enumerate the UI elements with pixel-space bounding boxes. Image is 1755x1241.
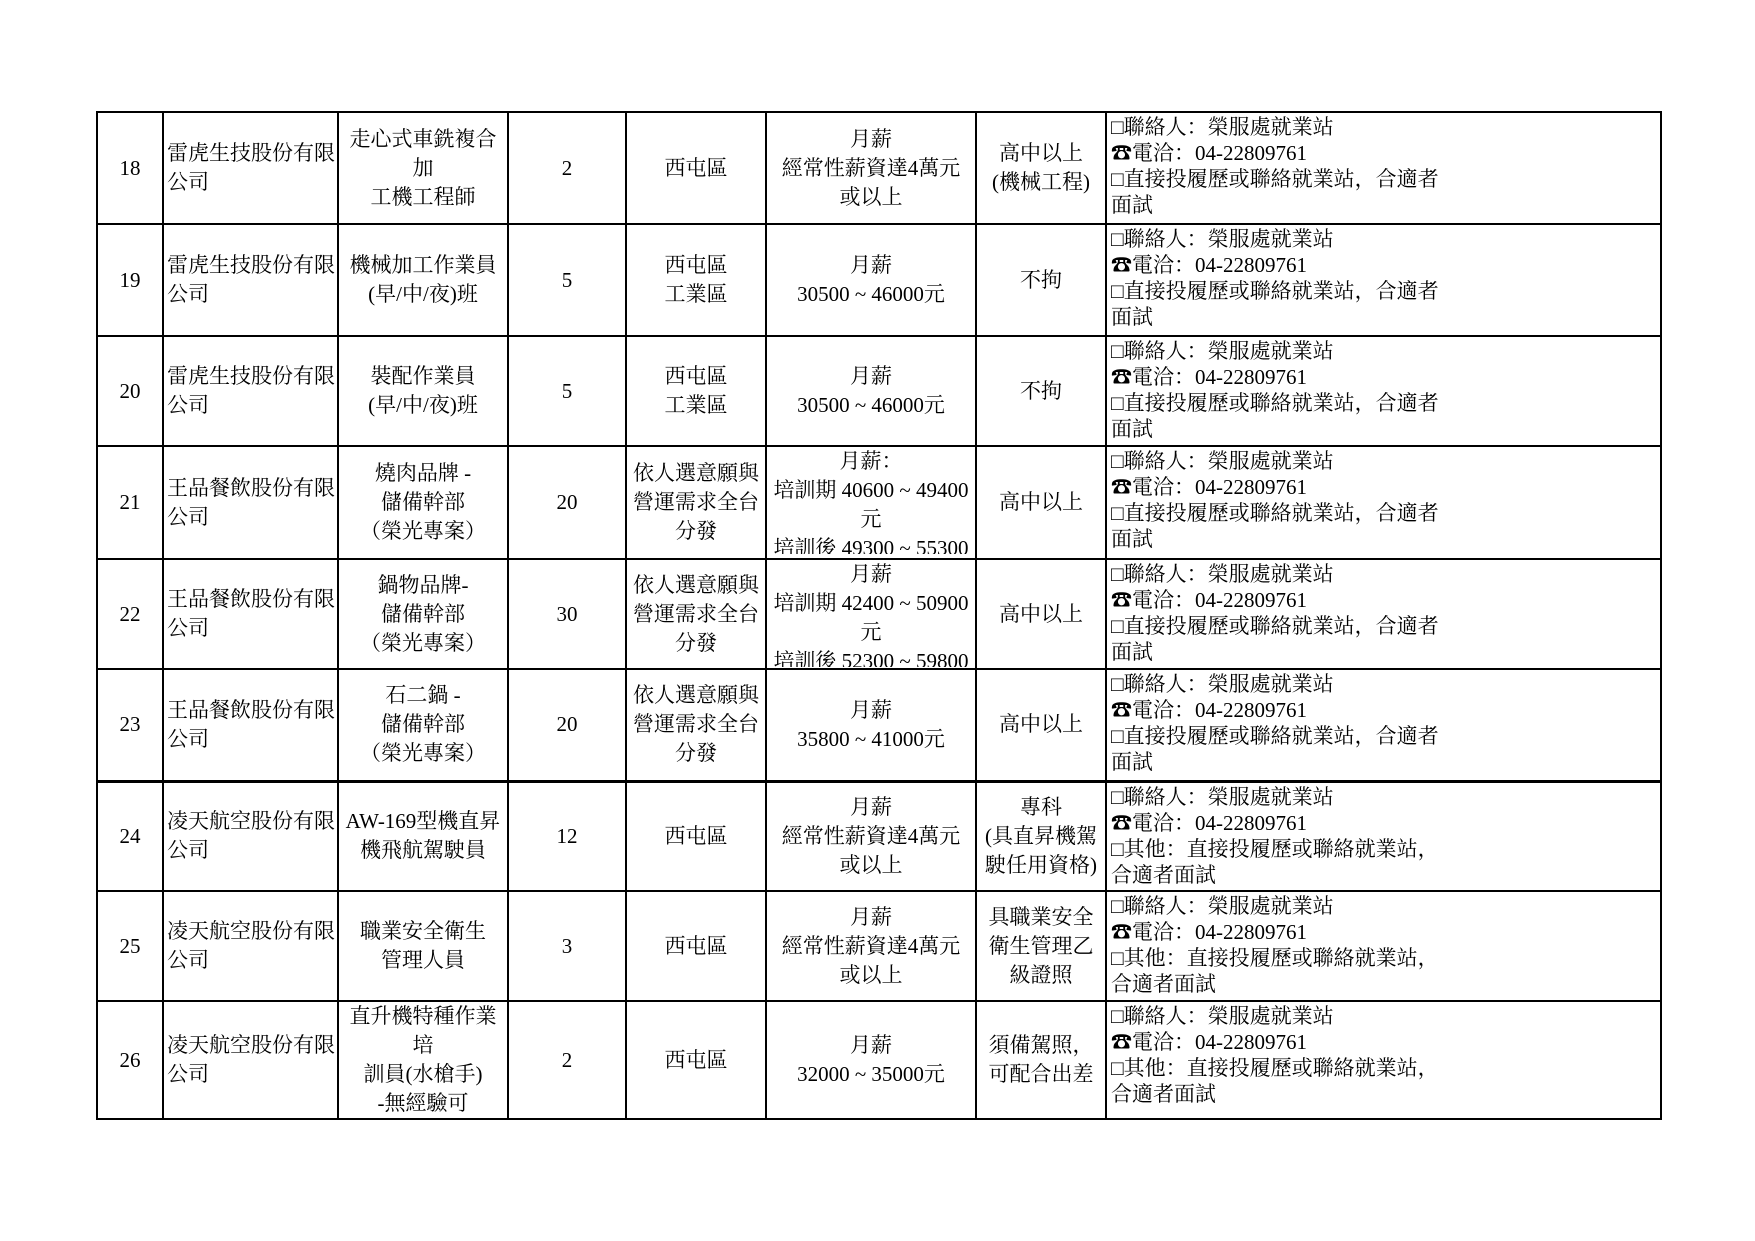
company-cell: 雷虎生技股份有限 公司	[163, 224, 338, 336]
openings-cell: 30	[508, 559, 626, 669]
openings-cell: 5	[508, 336, 626, 446]
row-number-cell: 19	[97, 224, 163, 336]
requirement-cell: 高中以上 (機械工程)	[976, 112, 1106, 224]
table-row: 26 凌天航空股份有限 公司 直升機特種作業培 訓員(水槍手) -無經驗可 2 …	[97, 1001, 1661, 1119]
job-listings-table: 18 雷虎生技股份有限 公司 走心式車銑複合加 工機工程師 2 西屯區 月薪 經…	[96, 111, 1662, 1120]
requirement-cell: 具職業安全 衛生管理乙 級證照	[976, 891, 1106, 1001]
requirement-cell: 須備駕照， 可配合出差	[976, 1001, 1106, 1119]
contact-cell: □聯絡人：榮服處就業站 ☎電洽：04-22809761 □直接投履歷或聯絡就業站…	[1106, 112, 1661, 224]
contact-cell: □聯絡人：榮服處就業站 ☎電洽：04-22809761 □其他：直接投履歷或聯絡…	[1106, 891, 1661, 1001]
company-cell: 雷虎生技股份有限 公司	[163, 336, 338, 446]
contact-cell: □聯絡人：榮服處就業站 ☎電洽：04-22809761 □直接投履歷或聯絡就業站…	[1106, 336, 1661, 446]
requirement-cell: 專科 (具直昇機駕 駛任用資格)	[976, 781, 1106, 891]
salary-cell: 月薪 經常性薪資達4萬元 或以上	[766, 781, 976, 891]
contact-cell: □聯絡人：榮服處就業站 ☎電洽：04-22809761 □其他：直接投履歷或聯絡…	[1106, 1001, 1661, 1119]
company-cell: 王品餐飲股份有限 公司	[163, 669, 338, 781]
contact-cell: □聯絡人：榮服處就業站 ☎電洽：04-22809761 □其他：直接投履歷或聯絡…	[1106, 781, 1661, 891]
job-title-cell: 裝配作業員 (早/中/夜)班	[338, 336, 508, 446]
salary-cell: 月薪 30500 ~ 46000元	[766, 224, 976, 336]
location-cell: 西屯區	[626, 781, 766, 891]
location-cell: 西屯區	[626, 1001, 766, 1119]
job-title-cell: 燒肉品牌 - 儲備幹部 （榮光專案）	[338, 446, 508, 559]
table-row: 21 王品餐飲股份有限 公司 燒肉品牌 - 儲備幹部 （榮光專案） 20 依人選…	[97, 446, 1661, 559]
table-row: 24 凌天航空股份有限 公司 AW-169型機直昇 機飛航駕駛員 12 西屯區 …	[97, 781, 1661, 891]
salary-cell: 月薪 32000 ~ 35000元	[766, 1001, 976, 1119]
openings-cell: 2	[508, 112, 626, 224]
salary-cell: 月薪 30500 ~ 46000元	[766, 336, 976, 446]
requirement-cell: 不拘	[976, 336, 1106, 446]
location-cell: 西屯區 工業區	[626, 224, 766, 336]
contact-cell: □聯絡人：榮服處就業站 ☎電洽：04-22809761 □直接投履歷或聯絡就業站…	[1106, 224, 1661, 336]
contact-cell: □聯絡人：榮服處就業站 ☎電洽：04-22809761 □直接投履歷或聯絡就業站…	[1106, 669, 1661, 781]
requirement-cell: 高中以上	[976, 446, 1106, 559]
row-number-cell: 26	[97, 1001, 163, 1119]
table-row: 20 雷虎生技股份有限 公司 裝配作業員 (早/中/夜)班 5 西屯區 工業區 …	[97, 336, 1661, 446]
table-row: 22 王品餐飲股份有限 公司 鍋物品牌- 儲備幹部 （榮光專案） 30 依人選意…	[97, 559, 1661, 669]
contact-cell: □聯絡人：榮服處就業站 ☎電洽：04-22809761 □直接投履歷或聯絡就業站…	[1106, 559, 1661, 669]
openings-cell: 20	[508, 669, 626, 781]
job-title-cell: 職業安全衛生 管理人員	[338, 891, 508, 1001]
requirement-cell: 高中以上	[976, 669, 1106, 781]
company-cell: 雷虎生技股份有限 公司	[163, 112, 338, 224]
salary-clipped-text: 月薪 培訓期 42400 ~ 50900 元 培訓後 52300 ~ 59800	[767, 560, 975, 667]
company-cell: 王品餐飲股份有限 公司	[163, 446, 338, 559]
requirement-cell: 不拘	[976, 224, 1106, 336]
company-cell: 凌天航空股份有限 公司	[163, 1001, 338, 1119]
job-title-cell: 機械加工作業員 (早/中/夜)班	[338, 224, 508, 336]
table-row: 25 凌天航空股份有限 公司 職業安全衛生 管理人員 3 西屯區 月薪 經常性薪…	[97, 891, 1661, 1001]
requirement-cell: 高中以上	[976, 559, 1106, 669]
openings-cell: 5	[508, 224, 626, 336]
location-cell: 西屯區	[626, 891, 766, 1001]
table-row: 19 雷虎生技股份有限 公司 機械加工作業員 (早/中/夜)班 5 西屯區 工業…	[97, 224, 1661, 336]
location-cell: 西屯區	[626, 112, 766, 224]
location-cell: 依人選意願與 營運需求全台 分發	[626, 446, 766, 559]
row-number-cell: 21	[97, 446, 163, 559]
row-number-cell: 23	[97, 669, 163, 781]
openings-cell: 12	[508, 781, 626, 891]
table-row: 18 雷虎生技股份有限 公司 走心式車銑複合加 工機工程師 2 西屯區 月薪 經…	[97, 112, 1661, 224]
job-title-cell: AW-169型機直昇 機飛航駕駛員	[338, 781, 508, 891]
job-title-cell: 鍋物品牌- 儲備幹部 （榮光專案）	[338, 559, 508, 669]
salary-cell: 月薪 35800 ~ 41000元	[766, 669, 976, 781]
salary-cell: 月薪： 培訓期 40600 ~ 49400 元 培訓後 49300 ~ 5530…	[766, 446, 976, 559]
location-cell: 西屯區 工業區	[626, 336, 766, 446]
salary-cell: 月薪 經常性薪資達4萬元 或以上	[766, 891, 976, 1001]
contact-cell: □聯絡人：榮服處就業站 ☎電洽：04-22809761 □直接投履歷或聯絡就業站…	[1106, 446, 1661, 559]
location-cell: 依人選意願與 營運需求全台 分發	[626, 669, 766, 781]
row-number-cell: 20	[97, 336, 163, 446]
row-number-cell: 18	[97, 112, 163, 224]
salary-clipped-text: 月薪： 培訓期 40600 ~ 49400 元 培訓後 49300 ~ 5530…	[767, 447, 975, 554]
job-title-cell: 直升機特種作業培 訓員(水槍手) -無經驗可	[338, 1001, 508, 1119]
salary-cell: 月薪 經常性薪資達4萬元 或以上	[766, 112, 976, 224]
salary-cell: 月薪 培訓期 42400 ~ 50900 元 培訓後 52300 ~ 59800	[766, 559, 976, 669]
row-number-cell: 24	[97, 781, 163, 891]
company-cell: 凌天航空股份有限 公司	[163, 781, 338, 891]
company-cell: 王品餐飲股份有限 公司	[163, 559, 338, 669]
company-cell: 凌天航空股份有限 公司	[163, 891, 338, 1001]
table-row: 23 王品餐飲股份有限 公司 石二鍋 - 儲備幹部 （榮光專案） 20 依人選意…	[97, 669, 1661, 781]
openings-cell: 2	[508, 1001, 626, 1119]
row-number-cell: 22	[97, 559, 163, 669]
row-number-cell: 25	[97, 891, 163, 1001]
job-title-cell: 石二鍋 - 儲備幹部 （榮光專案）	[338, 669, 508, 781]
job-title-cell: 走心式車銑複合加 工機工程師	[338, 112, 508, 224]
location-cell: 依人選意願與 營運需求全台 分發	[626, 559, 766, 669]
document-page: 18 雷虎生技股份有限 公司 走心式車銑複合加 工機工程師 2 西屯區 月薪 經…	[0, 0, 1755, 1241]
openings-cell: 20	[508, 446, 626, 559]
openings-cell: 3	[508, 891, 626, 1001]
